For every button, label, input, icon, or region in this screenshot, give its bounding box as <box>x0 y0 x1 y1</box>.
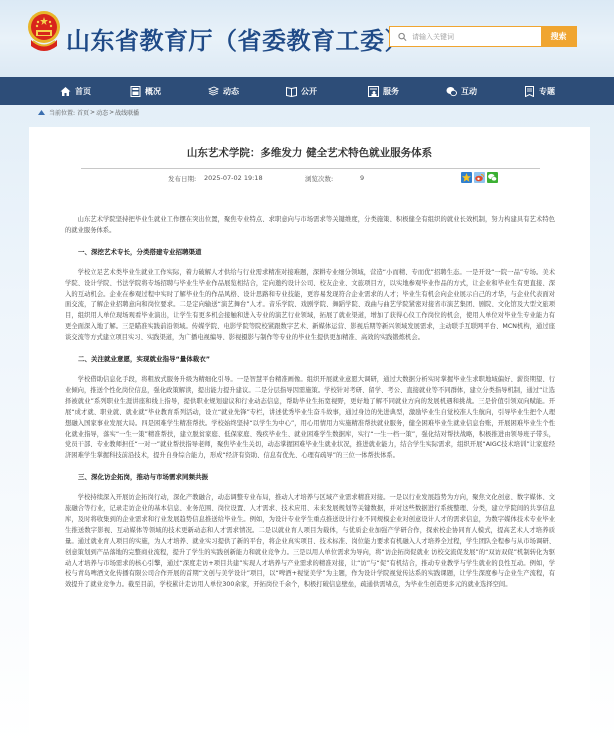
view-count: 9 <box>360 174 364 182</box>
breadcrumb-current[interactable]: 战线联播 <box>115 108 139 117</box>
search-button[interactable]: 搜索 <box>541 27 576 46</box>
document-icon <box>524 86 535 97</box>
search-icon <box>398 32 407 42</box>
weibo-icon[interactable] <box>474 172 485 183</box>
location-icon <box>38 110 45 115</box>
search-field-wrap <box>390 27 541 46</box>
overview-icon <box>130 86 141 97</box>
breadcrumb-separator: > <box>90 109 95 116</box>
nav-item-label: 公开 <box>301 86 317 97</box>
title-divider <box>81 168 540 169</box>
views-label: 浏览次数: <box>305 174 333 183</box>
site-header: 山东省教育厅（省委教育工委） 搜索 <box>0 0 614 77</box>
section-heading: 三、深化访企拓岗，推动与市场需求同频共振 <box>65 472 555 483</box>
date-label: 发布日期: <box>168 174 196 183</box>
national-emblem-icon <box>27 10 61 56</box>
breadcrumb-prefix: 当前位置: <box>49 108 75 117</box>
nav-item-interact[interactable]: 互动 <box>446 77 524 105</box>
section-paragraph: 学校持续深入开展访企拓岗行动，深化产教融合，动态调整专业布局，推动人才培养与区域… <box>65 493 555 591</box>
section-paragraph: 学校立足艺术类毕业生就业工作实际，着力破解人才供给与行业需求精准对接难题，深耕专… <box>65 268 555 344</box>
news-icon <box>208 86 219 97</box>
nav-item-label: 首页 <box>75 86 91 97</box>
book-icon <box>286 86 297 97</box>
breadcrumb-news[interactable]: 动态 <box>96 108 108 117</box>
favorite-icon[interactable] <box>461 172 472 183</box>
nav-item-label: 互动 <box>461 86 477 97</box>
section-paragraph: 学校借助信息化手段，将粗放式服务升级为精细化引导。一是智慧平台精准画像。组织开展… <box>65 375 555 462</box>
search-box: 搜索 <box>389 26 577 47</box>
breadcrumb-home[interactable]: 首页 <box>77 108 89 117</box>
article-card: 山东艺术学院：多维发力 健全艺术特色就业服务体系 发布日期: 2025-07-0… <box>29 127 590 745</box>
nav-item-service[interactable]: 服务 <box>368 77 446 105</box>
nav-item-public[interactable]: 公开 <box>286 77 368 105</box>
breadcrumb: 当前位置: 首页 > 动态 > 战线联播 <box>38 108 139 117</box>
nav-item-overview[interactable]: 概况 <box>130 77 208 105</box>
article-title: 山东艺术学院：多维发力 健全艺术特色就业服务体系 <box>29 145 590 160</box>
search-input[interactable] <box>412 33 541 41</box>
publish-date: 2025-07-02 19:18 <box>204 174 263 182</box>
nav-item-label: 概况 <box>145 86 161 97</box>
section-heading: 二、关注就业意愿，实现就业指导“量体裁衣” <box>65 354 555 365</box>
share-bar <box>461 172 498 183</box>
nav-item-label: 专题 <box>539 86 555 97</box>
main-nav: 首页 概况 动态 公开 服务 <box>0 77 614 105</box>
chat-icon <box>446 86 457 97</box>
service-icon <box>368 86 379 97</box>
nav-item-label: 动态 <box>223 86 239 97</box>
site-title: 山东省教育厅（省委教育工委） <box>66 21 409 56</box>
nav-item-special[interactable]: 专题 <box>524 77 594 105</box>
breadcrumb-separator: > <box>109 109 114 116</box>
article-body: 山东艺术学院坚持把毕业生就业工作摆在突出位置，聚焦专业特点、求职意向与市场需求等… <box>65 215 555 601</box>
wechat-icon[interactable] <box>487 172 498 183</box>
section-heading: 一、深挖艺术专长，分类搭建专业招聘渠道 <box>65 247 555 258</box>
nav-item-home[interactable]: 首页 <box>60 77 130 105</box>
nav-item-news[interactable]: 动态 <box>208 77 286 105</box>
home-icon <box>60 86 71 97</box>
nav-item-label: 服务 <box>383 86 399 97</box>
article-meta: 发布日期: 2025-07-02 19:18 浏览次数: 9 <box>29 171 590 185</box>
article-intro: 山东艺术学院坚持把毕业生就业工作摆在突出位置，聚焦专业特点、求职意向与市场需求等… <box>65 215 555 237</box>
